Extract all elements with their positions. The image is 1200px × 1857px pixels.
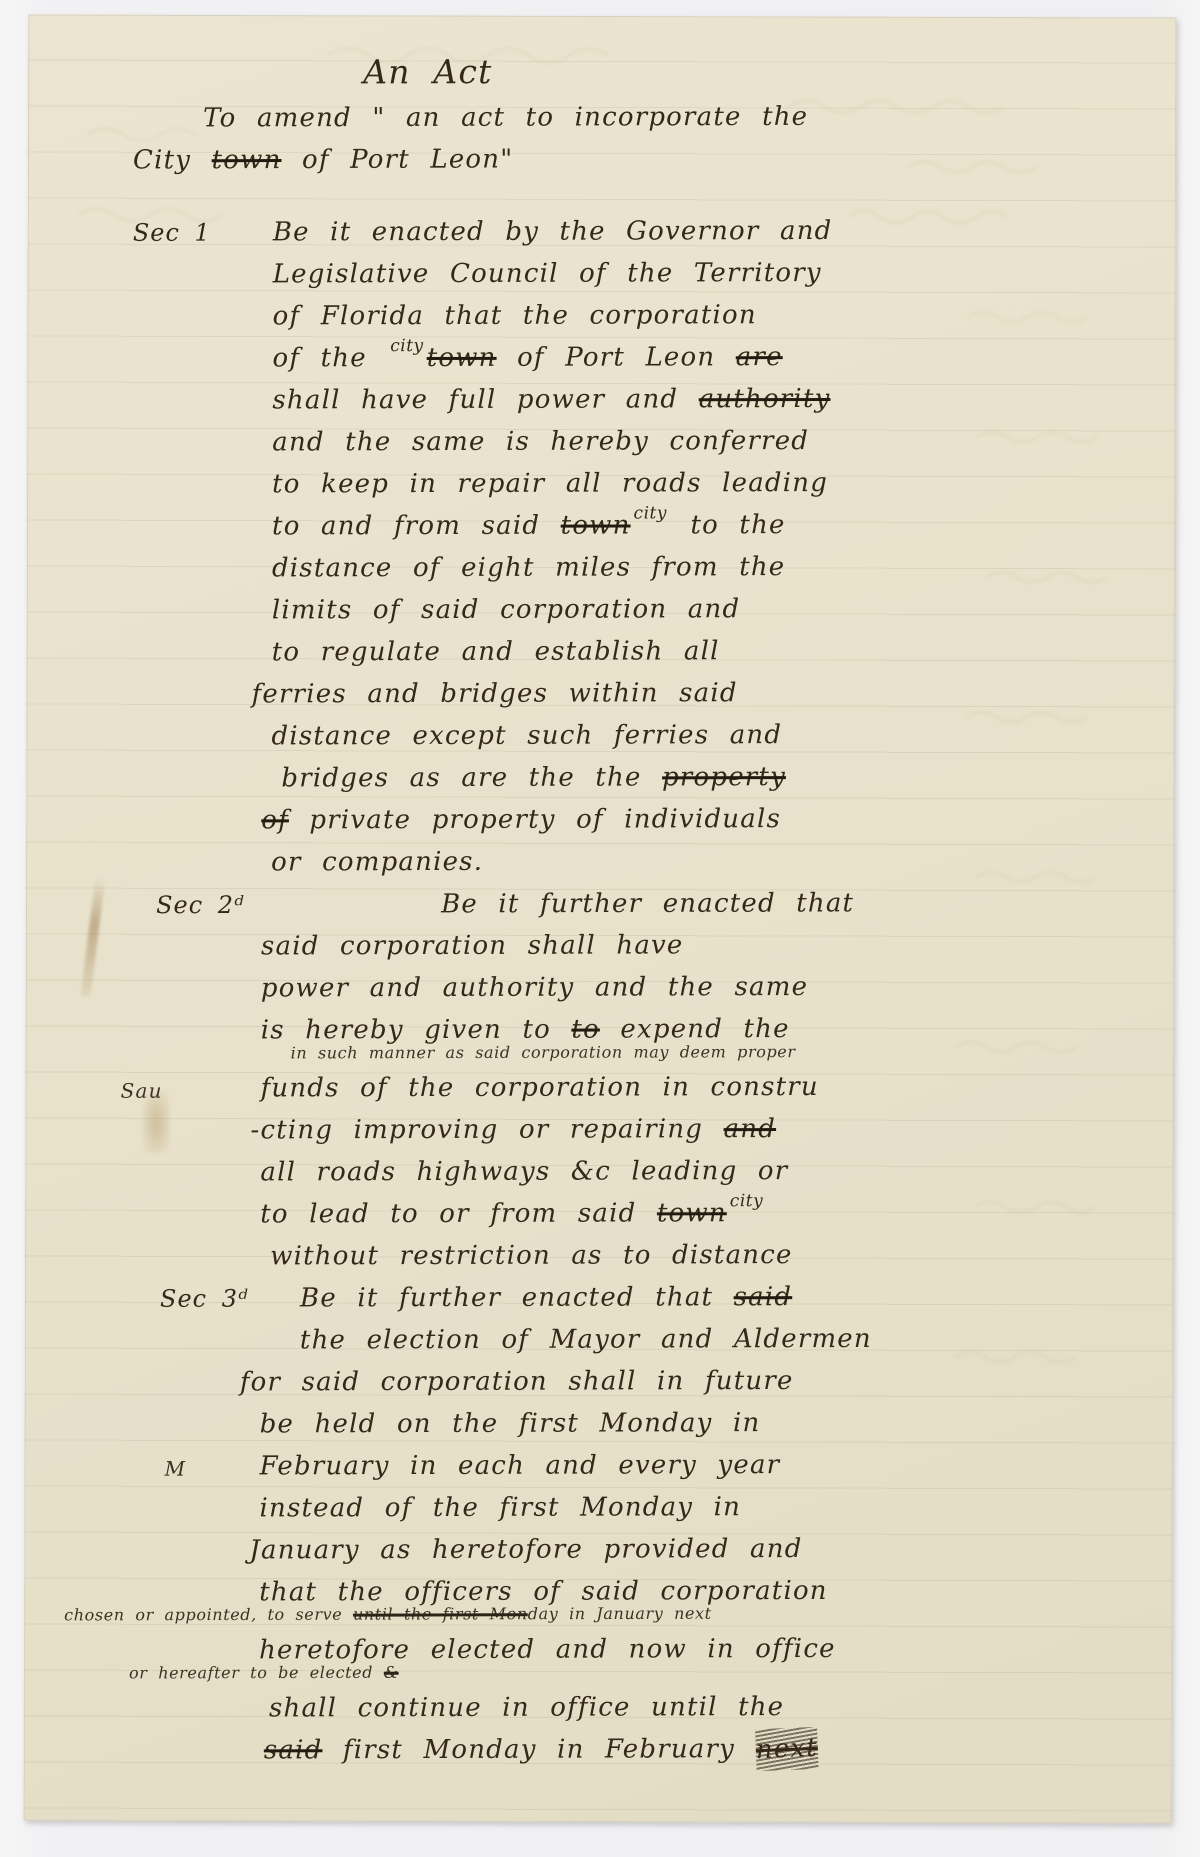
manuscript-line: instead of the first Monday in [259,1485,1142,1529]
text-segment: ferries and bridges within said [252,678,738,709]
manuscript-line: bridges as are the the property [281,755,1144,799]
text-segment: of Port Leon [497,342,736,373]
inserted-word: city [390,325,424,367]
manuscript-line: -cting improving or repairing and [250,1107,1143,1151]
text-segment: and the same is hereby conferred [272,426,809,457]
text-segment: Legislative Council of the Territory [273,258,822,289]
manuscript-line: to regulate and establish all [272,629,1145,673]
manuscript-line: said first Monday in February next [264,1727,1142,1771]
struck-word: until the first Mon [353,1604,528,1623]
text-segment: for said corporation shall in future [240,1366,794,1397]
struck-word: are [736,342,783,372]
struck-word: town [657,1198,727,1228]
manuscript-line: without restriction as to distance [270,1233,1143,1277]
text-segment: private property of individuals [289,804,781,835]
struck-word: to [571,1015,600,1045]
text-segment: January as heretofore provided and [249,1534,802,1565]
text-segment: bridges as are the the [281,762,662,793]
manuscript-line: said corporation shall have [261,923,1144,967]
struck-word: authority [699,384,831,414]
text-segment: instead of the first Monday in [259,1492,741,1523]
text-segment: Be it further enacted that [441,888,854,919]
manuscript-line: MFebruary in each and every year [260,1443,1143,1487]
manuscript-line: power and authority and the same [261,965,1144,1009]
manuscript-text: An ActTo amend " an act to incorporate t… [24,15,1177,1772]
margin-note: Sau [121,1070,163,1112]
manuscript-line: to lead to or from said towncity [260,1191,1143,1235]
text-segment: first Monday in February [322,1734,755,1765]
text-segment: power and authority and the same [261,972,808,1003]
struck-word: said [264,1735,323,1765]
manuscript-line: Sec 3ᵈBe it further enacted that said [300,1275,1143,1319]
text-segment: is hereby given to [261,1015,572,1046]
manuscript-line: distance except such ferries and [271,713,1144,757]
manuscript-page: An ActTo amend " an act to incorporate t… [24,15,1177,1824]
manuscript-line: for said corporation shall in future [240,1359,1143,1403]
text-segment: shall have full power and [272,384,698,415]
struck-word: town [212,145,282,175]
scanned-document-background: { "page": { "background_color": "#f1f1f3… [0,0,1200,1857]
text-segment: all roads highways &c leading or [260,1156,788,1187]
struck-word: & [384,1663,399,1682]
text-segment: distance of eight miles from the [272,552,786,583]
text-segment: to lead to or from said [260,1198,657,1229]
manuscript-line: chosen or appointed, to serve until the … [64,1603,1142,1630]
text-segment: of Port Leon" [281,144,513,175]
text-segment: -cting improving or repairing [250,1114,723,1145]
struck-word: of [261,805,289,835]
manuscript-line: or companies. [271,839,1144,883]
manuscript-line: Saufunds of the corporation in constru [261,1065,1144,1109]
manuscript-line: of the citytown of Port Leon are [272,335,1145,379]
text-segment: limits of said corporation and [272,594,741,625]
manuscript-line: City town of Port Leon" [133,137,1146,182]
text-segment: chosen or appointed, to serve [64,1605,353,1625]
manuscript-line: to keep in repair all roads leading [272,461,1145,505]
text-segment: Be it further enacted that [300,1282,734,1313]
manuscript-line: Sec 2ᵈBe it further enacted that [441,882,1144,926]
text-segment: of Florida that the corporation [273,300,757,331]
text-segment: expend the [600,1014,790,1044]
inserted-word: city [633,492,667,534]
manuscript-line: or hereafter to be elected & [129,1661,1142,1688]
text-segment: without restriction as to distance [270,1240,793,1271]
manuscript-line: shall continue in office until the [269,1685,1142,1729]
manuscript-line: Legislative Council of the Territory [273,251,1146,295]
text-segment: said corporation shall have [261,930,684,961]
manuscript-line: to and from said towncity to the [272,503,1145,547]
text-segment: or hereafter to be elected [129,1663,384,1683]
struck-word: said [734,1282,793,1312]
struck-word: and [724,1114,777,1144]
inserted-word: city [730,1180,764,1222]
text-segment: be held on the first Monday in [260,1408,761,1439]
section-label: Sec 2ᵈ [156,884,245,926]
text-segment: day in January next [528,1604,712,1623]
text-segment: to regulate and establish all [272,636,720,667]
manuscript-line: An Act [363,45,1146,97]
manuscript-line: Sec 1Be it enacted by the Governor and [273,209,1146,253]
margin-note: M [165,1448,187,1490]
text-segment: to the [670,510,786,540]
text-segment: funds of the corporation in constru [261,1072,819,1103]
text-segment: to keep in repair all roads leading [272,468,828,499]
text-segment: distance except such ferries and [271,720,782,751]
manuscript-line: limits of said corporation and [272,587,1145,631]
manuscript-line: the election of Mayor and Aldermen [300,1317,1143,1361]
manuscript-line: distance of eight miles from the [272,545,1145,589]
manuscript-line: of private property of individuals [261,797,1144,841]
text-segment: heretofore elected and now in office [259,1634,836,1666]
section-label: Sec 1 [133,212,211,254]
text-segment: February in each and every year [260,1450,781,1481]
manuscript-line: in such manner as said corporation may d… [291,1041,1144,1067]
manuscript-line: shall have full power and authority [272,377,1145,421]
text-segment: City [133,145,212,175]
struck-word: town [427,343,497,373]
text-segment: of the [272,343,387,373]
section-label: Sec 3ᵈ [160,1278,249,1320]
manuscript-line: January as heretofore provided and [249,1527,1142,1571]
text-segment: or companies. [271,847,483,878]
text-segment: the election of Mayor and Aldermen [300,1324,872,1355]
scribbled-word: next [755,1727,819,1771]
text-segment: Be it enacted by the Governor and [273,216,833,247]
manuscript-line: To amend " an act to incorporate the [203,95,1146,139]
text-segment: in such manner as said corporation may d… [291,1042,796,1062]
struck-word: property [662,762,786,792]
struck-word: town [561,510,631,540]
manuscript-line: be held on the first Monday in [260,1401,1143,1445]
manuscript-line: all roads highways &c leading or [260,1149,1143,1193]
text-segment: An Act [363,52,492,91]
text-segment: shall continue in office until the [269,1692,784,1723]
text-segment: To amend " an act to incorporate the [203,102,808,134]
manuscript-line: and the same is hereby conferred [272,419,1145,463]
manuscript-line: ferries and bridges within said [252,671,1145,715]
text-segment: to and from said [272,511,561,542]
